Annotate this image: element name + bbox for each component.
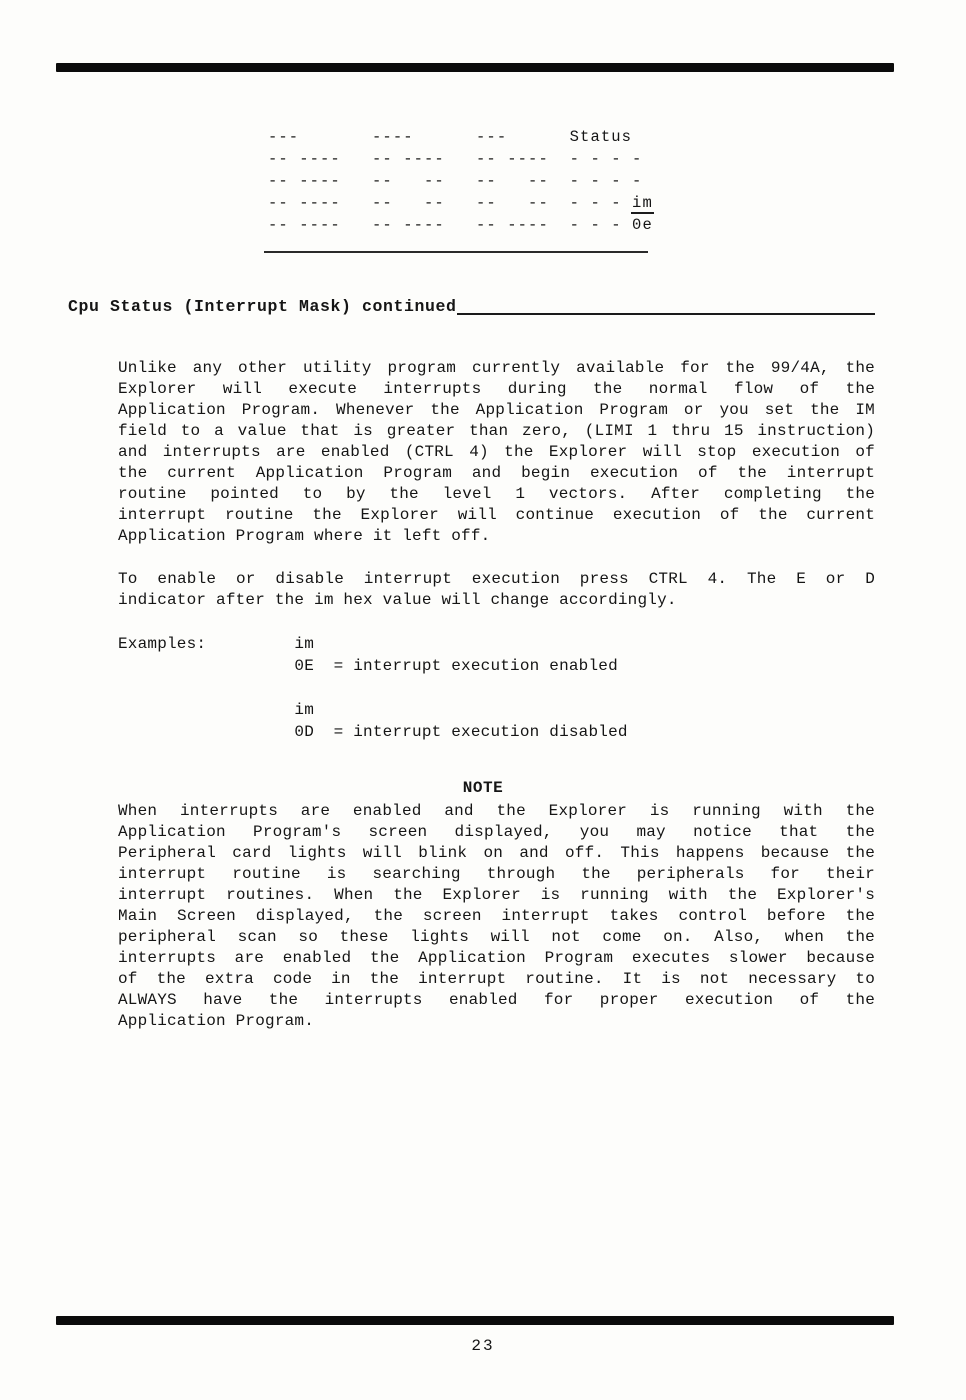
note-paragraph: When interrupts are enabled and the Expl…: [118, 801, 875, 1032]
text-line: Unlike any other utility program current…: [118, 358, 875, 379]
top-rule: [56, 63, 894, 72]
manual-page: --- ---- --- Status -- ---- -- ---- -- -…: [0, 0, 966, 1400]
text-line: Application Program. Whenever the Applic…: [118, 400, 875, 421]
text-line: interrupt routine is searching through t…: [118, 864, 875, 885]
text-line: interrupt routine the Explorer will cont…: [118, 505, 875, 526]
section-heading: Cpu Status (Interrupt Mask) continued: [68, 297, 875, 317]
note-heading: NOTE: [118, 779, 848, 797]
text-line: Peripheral card lights will blink on and…: [118, 843, 875, 864]
text-line: Application Program's screen displayed, …: [118, 822, 875, 843]
cpu-status-screen-dump: --- ---- --- Status -- ---- -- ---- -- -…: [268, 126, 653, 236]
text-line: indicator after the im hex value will ch…: [118, 590, 875, 611]
text-line: ALWAYS have the interrupts enabled for p…: [118, 990, 875, 1011]
section-heading-text: Cpu Status (Interrupt Mask) continued: [68, 297, 457, 317]
text-line: When interrupts are enabled and the Expl…: [118, 801, 875, 822]
text-line: of the extra code in the interrupt routi…: [118, 969, 875, 990]
text-line: Main Screen displayed, the screen interr…: [118, 906, 875, 927]
text-line: interrupt routines. When the Explorer is…: [118, 885, 875, 906]
text-line: Application Program.: [118, 1011, 875, 1032]
status-table-underline: [264, 251, 648, 253]
text-line: interrupts are enabled the Application P…: [118, 948, 875, 969]
paragraph-enable-disable: To enable or disable interrupt execution…: [118, 569, 875, 611]
text-line: field to a value that is greater than ze…: [118, 421, 875, 442]
page-number: 23: [0, 1337, 966, 1355]
section-heading-rule: [457, 313, 875, 315]
bottom-rule: [56, 1316, 894, 1325]
text-line: To enable or disable interrupt execution…: [118, 569, 875, 590]
paragraph-interrupt-overview: Unlike any other utility program current…: [118, 358, 875, 547]
text-line: the current Application Program and begi…: [118, 463, 875, 484]
text-line: Explorer will execute interrupts during …: [118, 379, 875, 400]
examples-block: Examples: im 0E = interrupt execution en…: [118, 633, 628, 743]
text-line: and interrupts are enabled (CTRL 4) the …: [118, 442, 875, 463]
text-line: peripheral scan so these lights will not…: [118, 927, 875, 948]
text-line: Application Program where it left off.: [118, 526, 875, 547]
text-line: routine pointed to by the level 1 vector…: [118, 484, 875, 505]
im-field-underline: [631, 212, 654, 214]
